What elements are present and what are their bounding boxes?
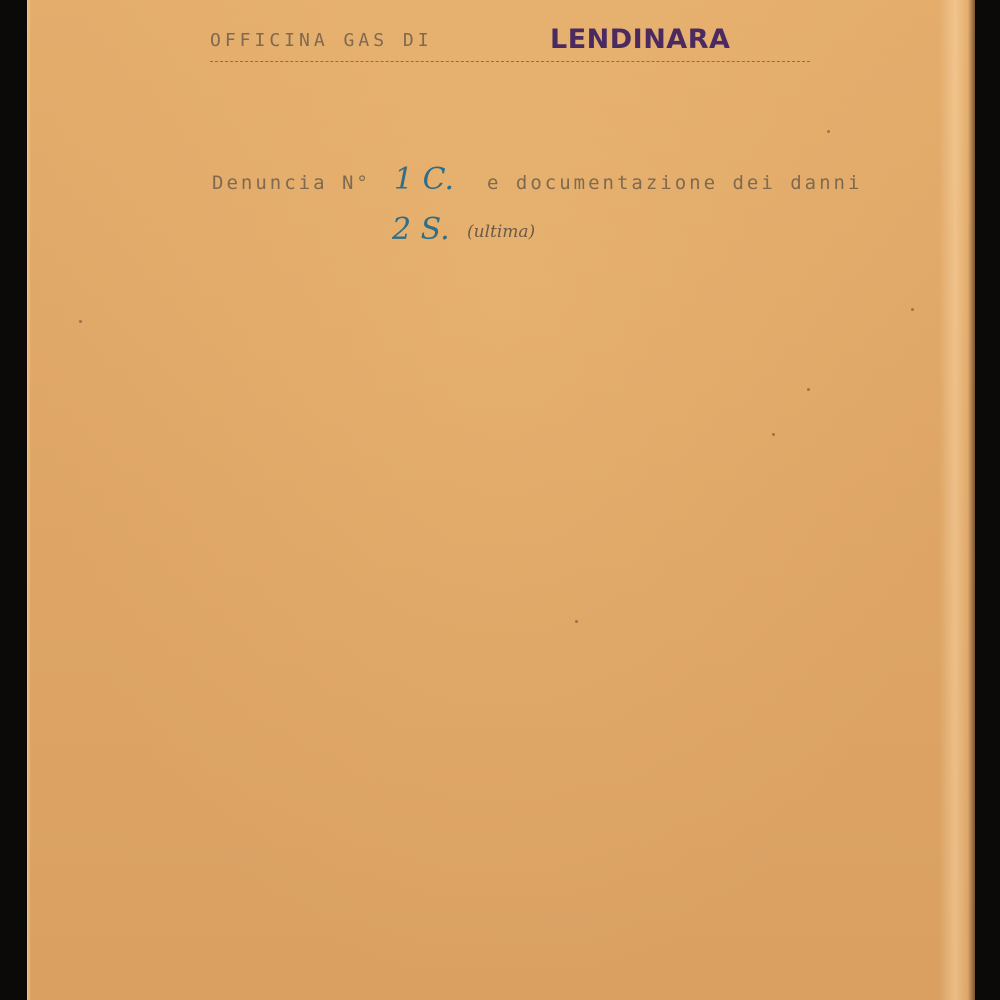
town-stamp: LENDINARA	[550, 24, 730, 55]
paper-speck	[827, 130, 830, 133]
header: OFFICINA GAS DI LENDINARA	[210, 28, 810, 62]
folder-cover: OFFICINA GAS DI LENDINARA Denuncia N° 1 …	[27, 0, 975, 1000]
paper-left-edge	[27, 0, 31, 1000]
header-underline	[210, 61, 810, 62]
handwritten-number-2: 2 S.	[392, 212, 450, 247]
office-label: OFFICINA GAS DI	[210, 30, 433, 51]
documentation-label: e documentazione dei danni	[487, 172, 862, 194]
handwritten-number-1: 1 C.	[394, 162, 454, 197]
handwritten-note: (ultima)	[467, 222, 535, 242]
denuncia-label: Denuncia N°	[212, 172, 371, 194]
paper-speck	[807, 388, 810, 391]
paper-speck	[772, 433, 775, 436]
paper-speck	[79, 320, 82, 323]
paper-fold-edge	[939, 0, 975, 1000]
subject-line: Denuncia N° 1 C. e documentazione dei da…	[212, 172, 932, 202]
paper-speck	[575, 620, 578, 623]
paper-speck	[911, 308, 914, 311]
